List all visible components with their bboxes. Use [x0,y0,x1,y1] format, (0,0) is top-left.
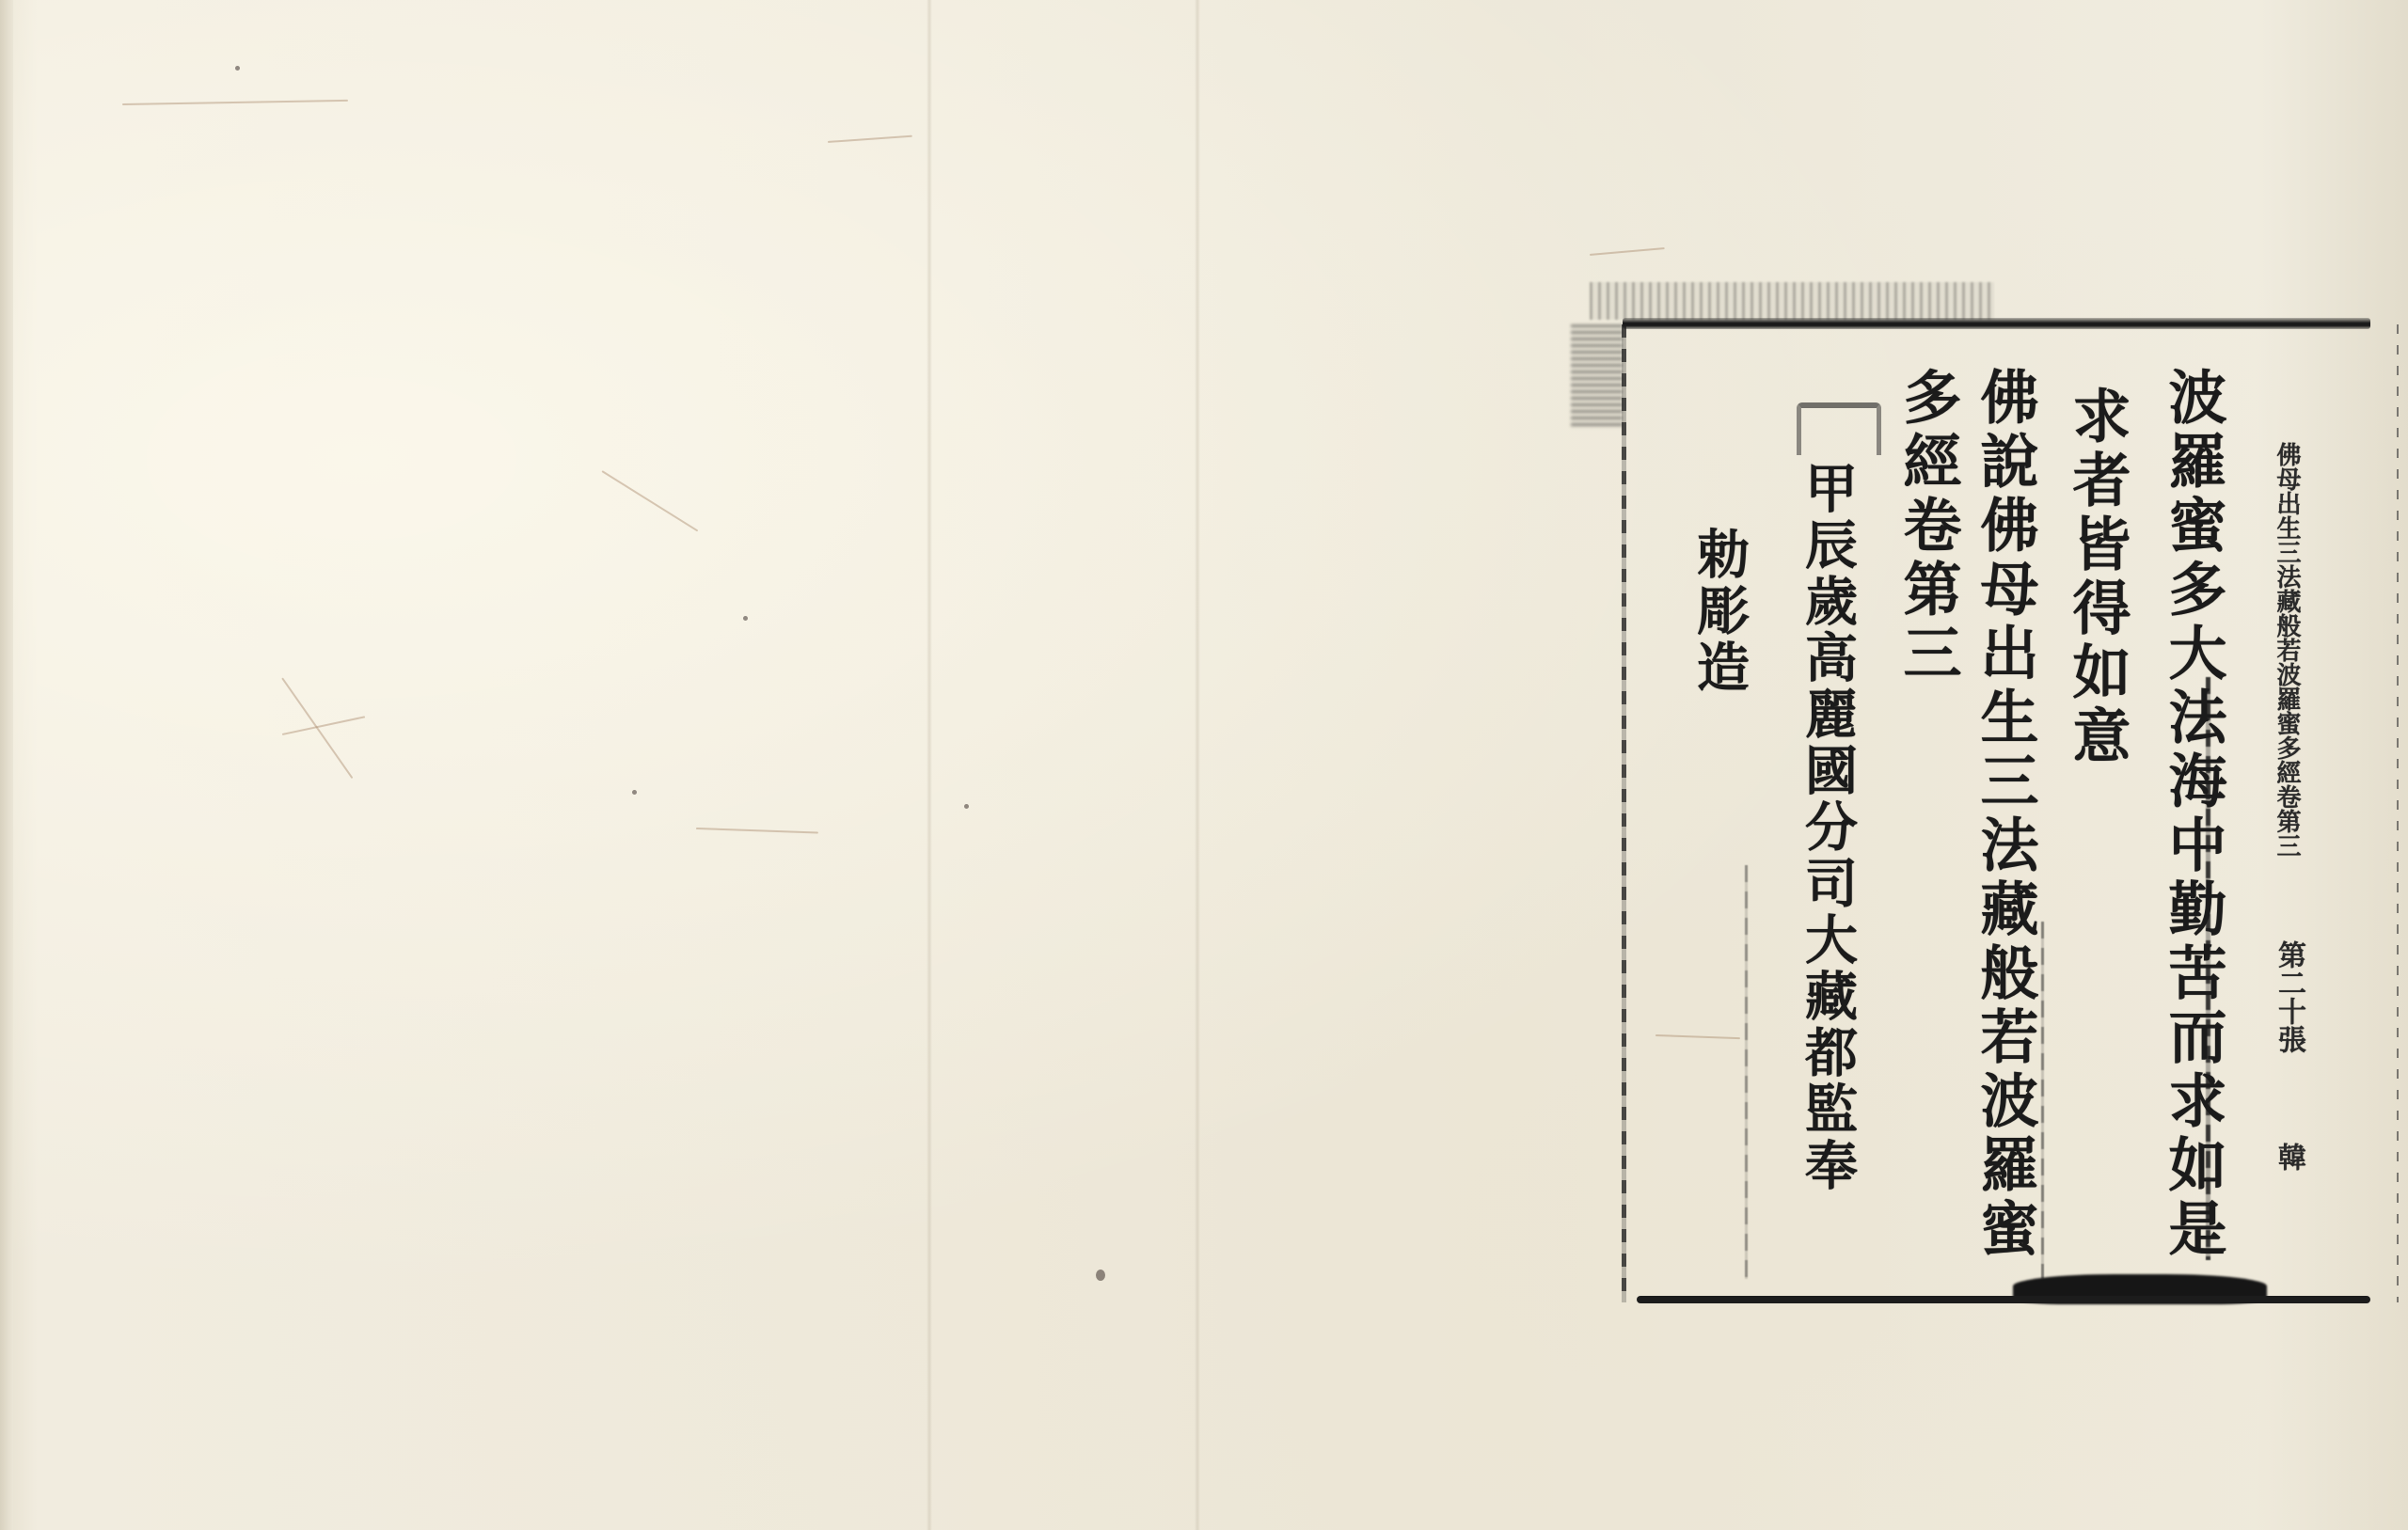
frame-right-border [2397,324,2399,1302]
column-rule [1745,865,1748,1279]
paper-fold [927,0,932,1530]
frame-bottom-border [1637,1296,2370,1303]
paper-fold [1195,0,1200,1530]
colophon-ornament [1797,402,1881,455]
text-column-3: 佛說佛母出生三法藏般若波羅蜜 [1975,367,2034,1262]
colophon-line-2: 勅彫造 [1693,527,1746,696]
paper-speck [1096,1270,1105,1281]
column-rule [2041,922,2044,1279]
frame-left-border [1622,324,1626,1302]
paper-speck [964,804,969,809]
text-column-2: 求者皆得如意 [2067,386,2126,769]
colophon-line-1: 甲辰歲高麗國分司大藏都監奉 [1801,461,1854,1194]
sheet-number: 第二十張 [2274,940,2303,1053]
paper-speck [632,790,637,795]
frame-top-border [1623,318,2370,329]
frame-ink-smudge [1590,282,1994,320]
frame-ink-smudge [1571,324,1623,428]
paper-speck [743,616,748,621]
paper-speck [235,66,240,71]
carver-mark: 韓 [2274,1143,2303,1171]
margin-title: 佛母出生三法藏般若波羅蜜多經卷第三 [2274,442,2299,858]
text-column-1: 波羅蜜多大法海中勤苦而求如是 [2163,367,2222,1262]
text-column-4: 多經卷第三 [1898,367,1956,686]
page-left-edge [0,0,13,1530]
